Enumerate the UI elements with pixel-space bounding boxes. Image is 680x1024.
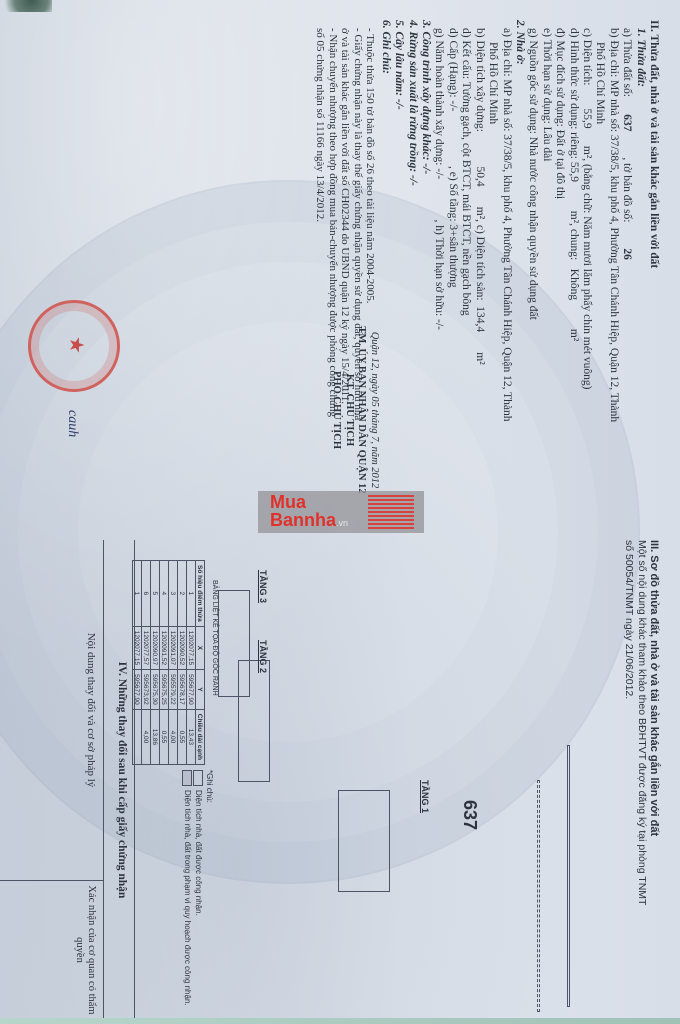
table-row: 31202091,07595579,224,00 <box>169 561 178 765</box>
house-structure: d) Kết cấu: Tường gạch, cột BTCT, mái BT… <box>459 20 472 520</box>
road-centerline <box>537 780 540 1012</box>
legend-heading: *Ghi chú: <box>204 770 215 1006</box>
land-parcel-row: a) Thửa đất số: 637 , tờ bản đồ số: 26 <box>620 20 633 520</box>
coord-table-title: BẢNG LIỆT KÊ TỌA ĐỘ GÓC RANH <box>211 580 218 696</box>
star-icon: ★ <box>64 336 89 354</box>
house-address-cont: Phố Hồ Chí Minh <box>486 20 499 520</box>
land-term: e) Thời hạn sử dụng: Lâu dài <box>539 20 552 520</box>
house-address-row: a) Địa chỉ: MP nhà số: 37/38/5, khu phố … <box>499 20 512 520</box>
house-grade-row: d) Cấp (Hạng): -/- , e) Số tầng: 3+sân t… <box>446 20 459 520</box>
road-line <box>567 745 570 1007</box>
section-4-table: Nội dung thay đổi và cơ sở pháp lý Xác n… <box>0 540 104 1020</box>
house-address: MP nhà số: 37/38/5, khu phố 4, Phường Tâ… <box>501 79 513 421</box>
table-header: Số hiệu điểm thửa X Y Chiều dài cạnh <box>196 561 205 765</box>
floor-area: 134,4 <box>474 306 486 332</box>
planted-forest: 4. Rừng sản xuất là rừng trồng: -/- <box>405 20 418 520</box>
usage-form-row: d) Hình thức sử dụng: riêng: 55,9 m², ch… <box>566 20 579 520</box>
floor-plan-2 <box>238 660 270 782</box>
legend-swatch-grey <box>182 770 192 786</box>
built-area: 50,4 <box>474 166 486 186</box>
coord-table: Số hiệu điểm thửa X Y Chiều dài cạnh 112… <box>132 560 205 765</box>
table-row: 21202090,52595678,170,55 <box>178 561 187 765</box>
muabannha-watermark: Mua Bannha.vn <box>258 491 424 533</box>
photo-edge <box>0 1018 680 1024</box>
watermark-line-2: Bannha.vn <box>270 511 348 532</box>
map-sheet-number: 26 <box>621 248 633 260</box>
table-row: 11202077,15595677,9013,43 <box>187 561 196 765</box>
floor-plan-1-label: TẦNG 1 <box>420 780 430 813</box>
handwritten-signature: cauh <box>64 410 80 437</box>
land-area-value: 55,9 <box>581 108 593 128</box>
changes-column-header: Nội dung thay đổi và cơ sở pháp lý <box>0 540 103 881</box>
land-address-row: b) Địa chỉ: MP nhà số: 37/38/5, khu phố … <box>606 20 619 520</box>
floor-plan-3-label: TẦNG 3 <box>258 570 268 603</box>
watermark-line-1: Mua <box>270 493 306 511</box>
section-3-plan: III. Sơ đồ thửa đất, nhà ở và tài sản kh… <box>622 540 660 1010</box>
perennial-trees: 5. Cây lâu năm: -/- <box>392 20 405 520</box>
table-row: 41202091,52595675,250,55 <box>160 561 169 765</box>
other-works: 3. Công trình xây dựng khác: -/- <box>419 20 432 520</box>
section-4-title: IV. Những thay đổi sau khi cấp giấy chứn… <box>116 540 128 1020</box>
section-3-subtitle: Một số nội dung khác tham khảo theo BĐHT… <box>635 540 648 1010</box>
building-logo-icon <box>368 495 414 529</box>
land-area-row: c) Diện tích: 55,9 m², (bằng chữ: Năm mư… <box>580 20 593 520</box>
house-area-row: b) Diện tích xây dựng: 50,4 m², c) Diện … <box>472 20 485 520</box>
plan-parcel-number: 637 <box>459 800 480 830</box>
land-address-cont: Phố Hồ Chí Minh <box>593 20 606 520</box>
red-seal-stamp: ★ <box>28 300 120 392</box>
authority-column-header: Xác nhận của cơ quan có thẩm quyền <box>73 880 103 1020</box>
section-3-subtitle-2: số 50054/TNMT ngày 21/06/2012. <box>622 540 635 1010</box>
house-completion-row: g) Năm hoàn thành xây dựng: -/- , h) Thờ… <box>432 20 445 520</box>
section-2-title: II. Thửa đất, nhà ở và tài sản khác gắn … <box>647 20 660 520</box>
legend-swatch-white <box>193 770 203 786</box>
land-purpose: đ) Mục đích sử dụng: Đất ở tại đô thị <box>553 20 566 520</box>
plan-legend: *Ghi chú: Diện tích nhà, đất được công n… <box>182 770 215 1006</box>
house-heading: 2. Nhà ở: <box>513 20 526 520</box>
land-heading: 1. Thửa đất: <box>633 20 646 520</box>
floor-plan-2-label: TẦNG 2 <box>258 640 268 673</box>
notes-heading: 6. Ghi chú: <box>378 20 391 520</box>
legend-item: Diện tích nhà, đất được công nhận. <box>193 770 204 1006</box>
section-4-changes: IV. Những thay đổi sau khi cấp giấy chứn… <box>0 540 135 1020</box>
section-3-title: III. Sơ đồ thửa đất, nhà ở và tài sản kh… <box>648 540 660 1010</box>
land-origin: g) Nguồn gốc sử dụng: Nhà nước công nhận… <box>526 20 539 520</box>
land-address: MP nhà số: 37/38/5, khu phố 4, Phường Tâ… <box>608 80 620 422</box>
table-row: 61202077,57595673,924,00 <box>142 561 151 765</box>
legend-item: Diện tích nhà, đất trong phạm vi quy hoạ… <box>182 770 193 1006</box>
floor-plan-1 <box>338 790 390 892</box>
parcel-number: 637 <box>621 114 633 131</box>
note-line: số 05 chứng nhận số 11166 ngày 13/4/2012… <box>314 20 327 520</box>
table-row: 51202090,97595675,3013,86 <box>151 561 160 765</box>
